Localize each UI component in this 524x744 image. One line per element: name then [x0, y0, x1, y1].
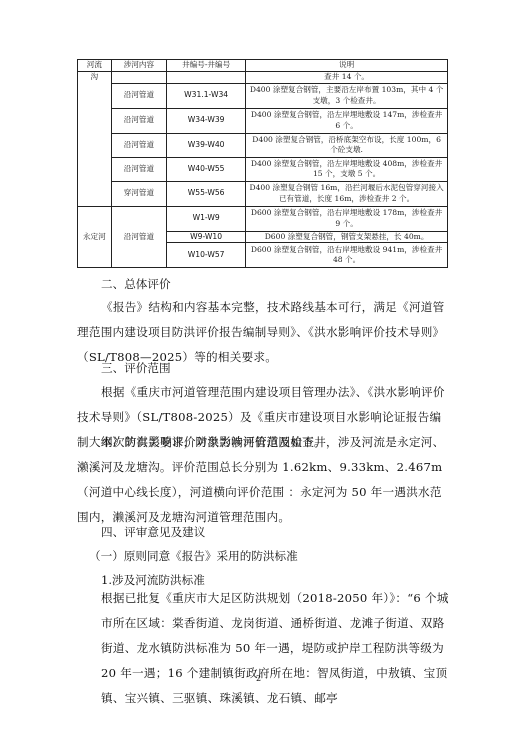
subsection-title-standard: （一）原则同意《报告》采用的防洪标准 [89, 548, 298, 564]
cell-wells: W39-W40 [167, 133, 246, 157]
cell-desc: D600 涂塑复合钢管，沿右岸埋地敷设 941m，涉检查井 48 个。 [246, 243, 448, 268]
paragraph-standard: 根据已批复《重庆市大足区防洪规划（2018-2050 年）》：“6 个城市所在区… [101, 586, 449, 711]
cell-wells: W40-W55 [167, 157, 246, 181]
cell-desc: D600 涂塑复合钢管，沿右岸埋地敷设 178m，涉检查井 9 个。 [246, 206, 448, 231]
cell-desc: D400 涂塑复合钢管 16m，沿拦河堰后水泥包管穿河接入已有管道，长度 16m… [246, 181, 448, 206]
header-river: 河流 [78, 60, 112, 72]
cell-content: 沿河管道 [111, 157, 166, 181]
pipeline-table: 河流 涉河内容 井编号-井编号 说明 沟 查井 14 个。 沿河管道 W31.1… [77, 59, 448, 268]
paragraph-scope-detail: 本次防洪影响评价对象为涉河管道及检查井，涉及河流是永定河、濑溪河及龙塘沟。评价范… [77, 430, 449, 530]
cell-wells: W10-W57 [167, 243, 246, 268]
cell-desc: D400 涂塑复合钢管，沿左岸埋地敷设 408m，涉检查井 15 个，支墩 5 … [246, 157, 448, 181]
header-content: 涉河内容 [111, 60, 166, 72]
cell-wells: W34-W39 [167, 108, 246, 133]
cell-content [111, 71, 166, 83]
table-row: 沿河管道 W40-W55 D400 涂塑复合钢管，沿左岸埋地敷设 408m，涉检… [78, 157, 448, 181]
cell-content: 沿河管道 [111, 108, 166, 133]
paragraph-overall: 《报告》结构和内容基本完整，技术路线基本可行，满足《河道管理范围内建设项目防洪评… [77, 295, 449, 370]
table-row: 沿河管道 W31.1-W34 D400 涂塑复合钢管，主要沿左岸布置 103m，… [78, 83, 448, 108]
paragraph-standard-text: 根据已批复《重庆市大足区防洪规划（2018-2050 年）》：“6 个城市所在区… [101, 591, 449, 705]
cell-river: 沟 [78, 71, 112, 206]
header-wells: 井编号-井编号 [167, 60, 246, 72]
section-title-review: 四、评审意见及建议 [101, 524, 205, 540]
cell-river: 永定河 [78, 206, 112, 268]
cell-wells: W31.1-W34 [167, 83, 246, 108]
cell-desc: 查井 14 个。 [246, 71, 448, 83]
section-title-scope: 三、评价范围 [101, 360, 171, 376]
header-desc: 说明 [246, 60, 448, 72]
document-page: 河流 涉河内容 井编号-井编号 说明 沟 查井 14 个。 沿河管道 W31.1… [0, 0, 524, 744]
section-title-overall: 二、总体评价 [101, 276, 171, 292]
table-row: 沟 查井 14 个。 [78, 71, 448, 83]
table-row: 沿河管道 W39-W40 D400 涂塑复合钢管，沿桥底架空布设，长度 100m… [78, 133, 448, 157]
cell-wells: W55-W56 [167, 181, 246, 206]
page-number: 2 [256, 674, 261, 683]
table-row: 永定河 沿河管道 W1-W9 D600 涂塑复合钢管，沿右岸埋地敷设 178m，… [78, 206, 448, 231]
cell-desc: D400 涂塑复合钢管，沿桥底架空布设，长度 100m，6 个砼支墩. [246, 133, 448, 157]
table-row: 穿河管道 W55-W56 D400 涂塑复合钢管 16m，沿拦河堰后水泥包管穿河… [78, 181, 448, 206]
cell-content: 穿河管道 [111, 181, 166, 206]
cell-content: 沿河管道 [111, 83, 166, 108]
cell-wells: W1-W9 [167, 206, 246, 231]
cell-wells [167, 71, 246, 83]
cell-desc: D400 涂塑复合钢管，主要沿左岸布置 103m，其中 4 个支墩，3 个检查井… [246, 83, 448, 108]
cell-wells: W9-W10 [167, 231, 246, 243]
cell-content: 沿河管道 [111, 133, 166, 157]
cell-content: 沿河管道 [111, 206, 166, 268]
cell-desc: D600 涂塑复合钢管，钢管支架悬挂，长 40m。 [246, 231, 448, 243]
cell-desc: D400 涂塑复合钢管，沿左岸埋地敷设 147m，涉检查井 6 个。 [246, 108, 448, 133]
table-header-row: 河流 涉河内容 井编号-井编号 说明 [78, 60, 448, 72]
table-row: 沿河管道 W34-W39 D400 涂塑复合钢管，沿左岸埋地敷设 147m，涉检… [78, 108, 448, 133]
